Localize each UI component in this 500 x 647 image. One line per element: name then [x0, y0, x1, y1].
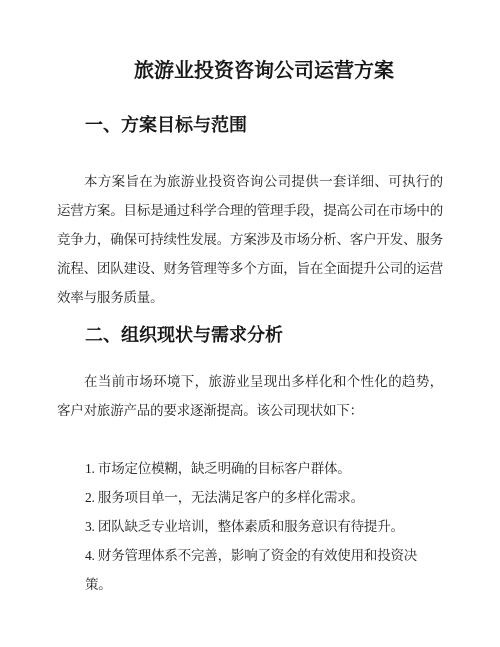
section-1-paragraph: 本方案旨在为旅游业投资咨询公司提供一套详细、可执行的运营方案。目标是通过科学合理…: [57, 167, 443, 312]
document-title: 旅游业投资咨询公司运营方案: [57, 59, 443, 83]
document-page: 旅游业投资咨询公司运营方案 一、方案目标与范围 本方案旨在为旅游业投资咨询公司提…: [0, 0, 500, 647]
numbered-list: 1. 市场定位模糊，缺乏明确的目标客户群体。 2. 服务项目单一，无法满足客户的…: [57, 454, 443, 599]
section-heading-1: 一、方案目标与范围: [85, 114, 443, 136]
list-item-1: 1. 市场定位模糊，缺乏明确的目标客户群体。: [85, 454, 443, 483]
list-item-3: 3. 团队缺乏专业培训，整体素质和服务意识有待提升。: [85, 512, 443, 541]
section-2-paragraph: 在当前市场环境下，旅游业呈现出多样化和个性化的趋势，客户对旅游产品的要求逐渐提高…: [57, 367, 443, 425]
section-heading-2: 二、组织现状与需求分析: [85, 324, 443, 346]
list-item-2: 2. 服务项目单一，无法满足客户的多样化需求。: [85, 483, 443, 512]
list-item-4: 4. 财务管理体系不完善，影响了资金的有效使用和投资决策。: [85, 541, 443, 599]
